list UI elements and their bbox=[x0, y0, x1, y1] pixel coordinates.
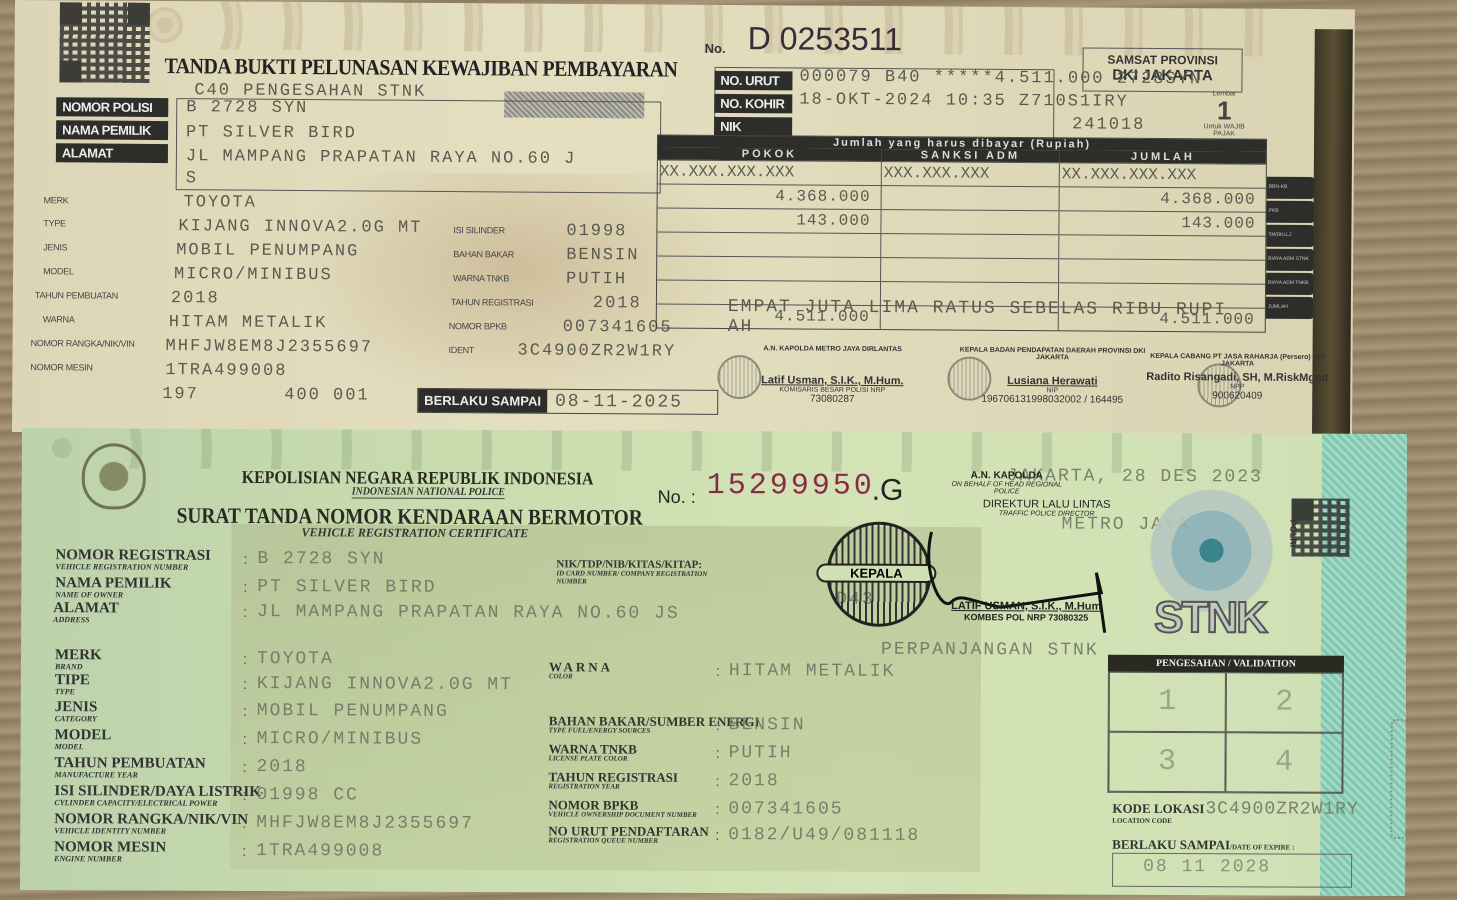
field-label-en: ENGINE NUMBER bbox=[54, 855, 166, 863]
expire-value: 08 11 2028 bbox=[1112, 853, 1352, 888]
payment-cell-pokok bbox=[657, 256, 881, 281]
label-model: MODEL bbox=[43, 266, 74, 276]
placeholder-jumlah: XX.XXX.XXX.XXX bbox=[1060, 163, 1266, 187]
value-nomor-mesin: 1TRA499008 bbox=[165, 361, 287, 381]
stnk-field-value: 01998 CC bbox=[256, 785, 359, 805]
stamp-note: PERPANJANGAN STNK bbox=[881, 640, 1099, 661]
signatory-id: 900620409 bbox=[1137, 390, 1337, 402]
payment-row: 4.368.0004.368.000 bbox=[658, 183, 1266, 211]
field-label-id: JENIS bbox=[55, 700, 98, 715]
stnk-field-label: MODELMODEL bbox=[55, 728, 112, 751]
field-label-en: VEHICLE OWNERSHIP DOCUMENT NUMBER bbox=[548, 811, 697, 819]
field-separator: : bbox=[715, 827, 719, 844]
payment-cell-jumlah: 143.000 bbox=[1059, 211, 1265, 235]
authority-block: A.N. KAPOLDA ON BEHALF OF HEAD REGIONAL … bbox=[947, 470, 1067, 496]
payment-cell-sanksi bbox=[881, 258, 1059, 282]
validation-box: PENGESAHAN / VALIDATION 1 2 3 4 bbox=[1107, 655, 1344, 794]
value-jenis: MOBIL PENUMPANG bbox=[176, 241, 359, 261]
value-tahun-pembuatan: 2018 bbox=[171, 289, 220, 308]
label-ident: IDENT bbox=[449, 345, 475, 355]
placeholder-row: XX.XXX.XXX.XXX XXX.XXX.XXX XX.XXX.XXX.XX… bbox=[658, 159, 1266, 187]
stnk-field-value: HITAM METALIK bbox=[729, 661, 896, 682]
valid-until-label: BERLAKU SAMPAI bbox=[418, 389, 547, 413]
field-separator: : bbox=[715, 801, 719, 818]
label-warna: WARNA bbox=[43, 314, 75, 324]
label-type: TYPE bbox=[43, 218, 65, 228]
field-separator: : bbox=[243, 703, 247, 720]
footer-code-b: 400 001 bbox=[284, 386, 370, 406]
stnk-field-value: 0182/U49/081118 bbox=[728, 825, 920, 846]
samsat-line1: SAMSAT PROVINSI bbox=[1084, 52, 1242, 67]
field-label-id: MERK bbox=[55, 648, 102, 663]
field-label-en: TYPE bbox=[55, 688, 90, 696]
valid-until-value: 08-11-2025 bbox=[547, 391, 717, 412]
field-separator: : bbox=[715, 773, 719, 790]
stnk-field-label: NOMOR REGISTRASIVEHICLE REGISTRATION NUM… bbox=[55, 548, 211, 572]
field-separator: : bbox=[243, 579, 247, 596]
payment-cell-pokok: 4.368.000 bbox=[658, 184, 882, 209]
payment-cell-sanksi bbox=[882, 186, 1060, 210]
value-warna: HITAM METALIK bbox=[169, 313, 328, 333]
nik-label-en: ID CARD NUMBER/ COMPANY REGISTRATION NUM… bbox=[556, 570, 726, 586]
stnk-card: KEPOLISIAN NEGARA REPUBLIK INDONESIA IND… bbox=[20, 428, 1407, 896]
validation-cell-4: 4 bbox=[1225, 732, 1342, 793]
col-sanksi: SANKSI ADM bbox=[882, 149, 1060, 162]
validation-cell-2: 2 bbox=[1226, 672, 1343, 733]
stnk-number: 15299950 bbox=[707, 469, 875, 504]
qr-code-icon bbox=[59, 2, 150, 83]
payment-cell-jumlah: 4.368.000 bbox=[1060, 187, 1266, 211]
validation-cell-3: 3 bbox=[1108, 732, 1225, 793]
payment-row bbox=[657, 255, 1265, 283]
field-label-id: MODEL bbox=[55, 728, 112, 743]
stnk-title-en: VEHICLE REGISTRATION CERTIFICATE bbox=[302, 525, 529, 541]
payment-cell-pokok: 143.000 bbox=[657, 208, 881, 233]
field-separator: : bbox=[243, 604, 247, 621]
payment-side-tab: JUMLAH bbox=[1266, 297, 1314, 319]
value-type: KIJANG INNOVA2.0G MT bbox=[178, 217, 422, 238]
validation-cell-1: 1 bbox=[1109, 672, 1226, 733]
signatory-name: Latif Usman, S.I.K., M.Hum. bbox=[732, 374, 932, 387]
stnk-field-label: TAHUN PEMBUATANMANUFACTURE YEAR bbox=[54, 756, 205, 780]
payment-row bbox=[657, 231, 1265, 259]
lembar-badge: Lembar 1 Untuk WAJIB PAJAK bbox=[1194, 90, 1254, 137]
authority-line1: A.N. KAPOLDA bbox=[947, 470, 1067, 482]
payment-cell-sanksi bbox=[881, 210, 1059, 234]
field-separator: : bbox=[242, 815, 246, 832]
field-label-en: MODEL bbox=[55, 743, 112, 751]
label-no-kohir: NO. KOHIR bbox=[714, 94, 792, 114]
payment-cell-jumlah bbox=[1059, 235, 1265, 259]
stnk-field-value: 2018 bbox=[728, 771, 779, 791]
label-warna-tnkb: WARNA TNKB bbox=[453, 273, 509, 283]
signatory-role: A.N. KAPOLDA METRO JAYA DIRLANTAS bbox=[733, 345, 933, 353]
doc-number-prefix: No. bbox=[705, 41, 726, 56]
receipt-title: TANDA BUKTI PELUNASAN KEWAJIBAN PEMBAYAR… bbox=[164, 53, 677, 83]
field-separator: : bbox=[716, 663, 720, 680]
field-separator: : bbox=[716, 717, 720, 734]
value-alamat-line2: S bbox=[186, 169, 198, 188]
payment-side-tab: BIAYA ADM STNK bbox=[1266, 249, 1314, 271]
label-nomor-polisi: NOMOR POLISI bbox=[56, 97, 168, 117]
stnk-field-label: ISI SILINDER/DAYA LISTRIKCYLINDER CAPACI… bbox=[54, 784, 261, 808]
stnk-field-label: MERKBRAND bbox=[55, 648, 102, 671]
field-label-en: MANUFACTURE YEAR bbox=[54, 771, 205, 780]
stnk-field-value: PUTIH bbox=[729, 743, 793, 763]
field-separator: : bbox=[243, 651, 247, 668]
stnk-header-en: INDONESIAN NATIONAL POLICE bbox=[352, 485, 505, 499]
value-nomor-rangka: MHFJW8EM8J2355697 bbox=[166, 337, 374, 357]
footer-code-a: 197 bbox=[162, 385, 199, 404]
signatory-name: Radito Risangadi, SH, M.RiskMgmt bbox=[1137, 371, 1337, 384]
payment-side-tab: PKB bbox=[1266, 201, 1314, 223]
field-label-en: BRAND bbox=[55, 663, 102, 671]
director-signature-block: LATIF USMAN, S.I.K., M.Hum KOMBES POL NR… bbox=[926, 600, 1126, 623]
qr-code-icon bbox=[1291, 499, 1349, 557]
stnk-field-label: NOMOR RANGKA/NIK/VINVEHICLE IDENTITY NUM… bbox=[54, 812, 248, 836]
label-bahan-bakar: BAHAN BAKAR bbox=[453, 249, 514, 259]
label-jenis: JENIS bbox=[43, 242, 67, 252]
payment-side-tab: SWDKLLJ bbox=[1266, 225, 1314, 247]
payment-side-tabs: BBN-KBPKBSWDKLLJBIAYA ADM STNKBIAYA ADM … bbox=[1266, 177, 1315, 321]
stnk-field-value: PT SILVER BIRD bbox=[257, 577, 436, 598]
stnk-field-value: 007341605 bbox=[728, 799, 843, 820]
field-separator: : bbox=[242, 843, 246, 860]
value-no-kohir: 18-OKT-2024 10:35 Z710S1IRY bbox=[799, 90, 1129, 111]
stnk-logo: STNK bbox=[1154, 593, 1266, 643]
value-ident: 3C4900ZR2W1RY bbox=[517, 342, 676, 362]
label-nomor-rangka: NOMOR RANGKA/NIK/VIN bbox=[31, 338, 135, 349]
placeholder-sanksi: XXX.XXX.XXX bbox=[882, 162, 1060, 186]
stnk-field-label: ALAMATADDRESS bbox=[53, 601, 119, 624]
location-code-label-en: LOCATION CODE bbox=[1112, 817, 1204, 825]
field-separator: : bbox=[243, 731, 247, 748]
stnk-field-label: NOMOR MESINENGINE NUMBER bbox=[54, 840, 166, 863]
signatory-id: 73080287 bbox=[732, 393, 932, 405]
stnk-field-value: B 2728 SYN bbox=[257, 549, 385, 570]
location-code-label-id: KODE LOKASI bbox=[1112, 801, 1204, 817]
stnk-field-label: NOMOR BPKBVEHICLE OWNERSHIP DOCUMENT NUM… bbox=[548, 798, 697, 819]
label-nomor-mesin: NOMOR MESIN bbox=[30, 362, 92, 372]
stnk-field-label: NO URUT PENDAFTARANREGISTRATION QUEUE NU… bbox=[548, 824, 709, 845]
field-label-en: VEHICLE REGISTRATION NUMBER bbox=[55, 563, 210, 572]
col-jumlah: JUMLAH bbox=[1060, 150, 1266, 163]
placeholder-pokok: XX.XXX.XXX.XXX bbox=[658, 160, 882, 185]
authority-line1-en: ON BEHALF OF HEAD REGIONAL POLICE bbox=[947, 481, 1067, 496]
stnk-field-value: JL MAMPANG PRAPATAN RAYA NO.60 JS bbox=[257, 602, 680, 624]
label-tahun-registrasi: TAHUN REGISTRASI bbox=[451, 297, 534, 308]
stnk-field-value: TOYOTA bbox=[257, 649, 334, 669]
stnk-field-value: 1TRA499008 bbox=[256, 841, 384, 862]
field-label-en: LICENSE PLATE COLOR bbox=[549, 755, 637, 762]
value-tahun-registrasi: 2018 bbox=[593, 294, 642, 313]
payment-cell-sanksi bbox=[881, 234, 1059, 258]
value-nomor-polisi: B 2728 SYN bbox=[186, 98, 308, 118]
stnk-field-value: BENSIN bbox=[729, 715, 806, 735]
stnk-field-value: 2018 bbox=[256, 757, 307, 777]
signatory-role: KEPALA BADAN PENDAPATAN DAERAH PROVINSI … bbox=[953, 347, 1153, 362]
field-label-id: ALAMAT bbox=[53, 601, 119, 616]
label-isi-silinder: ISI SILINDER bbox=[453, 225, 504, 235]
stnk-field-label: TAHUN REGISTRASIREGISTRATION YEAR bbox=[548, 770, 678, 791]
stnk-field-label: WARNA TNKBLICENSE PLATE COLOR bbox=[549, 742, 637, 762]
signatory-police: A.N. KAPOLDA METRO JAYA DIRLANTAS Latif … bbox=[732, 345, 932, 405]
stnk-field-label: WARNACOLOR bbox=[549, 660, 613, 680]
expire-label-id: BERLAKU SAMPAI bbox=[1112, 837, 1230, 853]
signatory-role: KEPALA CABANG PT JASA RAHARJA (Persero) … bbox=[1137, 353, 1337, 368]
stnk-number-suffix: .G bbox=[872, 474, 904, 508]
signatory-jasa-raharja: KEPALA CABANG PT JASA RAHARJA (Persero) … bbox=[1137, 353, 1337, 402]
perforation-mark bbox=[1390, 719, 1407, 839]
field-label-en: CATEGORY bbox=[55, 715, 98, 723]
col-pokok: POKOK bbox=[658, 147, 882, 161]
payment-row: 143.000143.000 bbox=[657, 207, 1265, 235]
value-warna-tnkb: PUTIH bbox=[566, 270, 627, 289]
field-label-id: TIPE bbox=[55, 673, 90, 688]
field-label-en: NAME OF OWNER bbox=[55, 591, 171, 600]
validation-title: PENGESAHAN / VALIDATION bbox=[1108, 655, 1344, 673]
director-rank: KOMBES POL NRP 73080325 bbox=[926, 612, 1126, 623]
field-label-en: ADDRESS bbox=[53, 616, 119, 624]
value-bahan-bakar: BENSIN bbox=[566, 246, 639, 266]
label-tahun-pembuatan: TAHUN PEMBUATAN bbox=[35, 290, 118, 301]
stnk-field-label: TIPETYPE bbox=[55, 673, 90, 696]
field-separator: : bbox=[243, 551, 247, 568]
director-name: LATIF USMAN, S.I.K., M.Hum bbox=[926, 600, 1126, 613]
label-nomor-bpkb: NOMOR BPKB bbox=[449, 321, 507, 331]
location-code-value: 3C4900ZR2W1RY bbox=[1205, 799, 1359, 820]
stnk-field-value: MOBIL PENUMPANG bbox=[257, 701, 449, 722]
field-separator: : bbox=[242, 787, 246, 804]
director-title: DIREKTUR LALU LINTAS bbox=[972, 498, 1122, 511]
field-separator: : bbox=[242, 759, 246, 776]
stnk-field-label: JENISCATEGORY bbox=[55, 700, 98, 723]
stnk-field-value: MICRO/MINIBUS bbox=[257, 729, 424, 750]
lembar-number: 1 bbox=[1194, 97, 1254, 123]
label-nama-pemilik: NAMA PEMILIK bbox=[56, 120, 168, 140]
amount-in-words: EMPAT JUTA LIMA RATUS SEBELAS RIBU RUPI … bbox=[728, 297, 1228, 340]
signatory-id: 196706131998032002 / 164495 bbox=[952, 394, 1152, 406]
valid-until-box: BERLAKU SAMPAI 08-11-2025 bbox=[417, 388, 718, 415]
nik-label: NIK/TDP/NIB/KITAS/KITAP: ID CARD NUMBER/… bbox=[556, 558, 726, 586]
field-separator: : bbox=[243, 676, 247, 693]
value-no-urut: 000079 B40 *****4.511.000 2728SYN bbox=[799, 67, 1202, 89]
label-nik: NIK bbox=[714, 117, 792, 137]
lembar-caption: Untuk WAJIB PAJAK bbox=[1194, 123, 1254, 137]
value-isi-silinder: 01998 bbox=[566, 222, 627, 241]
value-nama-pemilik: PT SILVER BIRD bbox=[186, 123, 357, 143]
value-nik: 241018 bbox=[1072, 115, 1145, 135]
expire-label: BERLAKU SAMPAI/DATE OF EXPIRE : bbox=[1112, 836, 1294, 855]
stnk-number-label: No. : bbox=[658, 487, 696, 508]
value-alamat: JL MAMPANG PRAPATAN RAYA NO.60 J bbox=[186, 147, 577, 169]
payment-side-tab: BIAYA ADM TNKB bbox=[1266, 273, 1314, 295]
stnk-field-value: KIJANG INNOVA2.0G MT bbox=[257, 674, 513, 695]
value-merk: TOYOTA bbox=[184, 193, 257, 213]
payment-cell-jumlah bbox=[1059, 259, 1265, 283]
payment-side-tab: BBN-KB bbox=[1267, 177, 1315, 199]
field-separator: : bbox=[716, 745, 720, 762]
payment-cell-pokok bbox=[657, 232, 881, 257]
police-emblem-icon bbox=[82, 443, 146, 509]
field-label-en: CYLINDER CAPACITY/ELECTRICAL POWER bbox=[54, 799, 261, 808]
tax-receipt-card: TANDA BUKTI PELUNASAN KEWAJIBAN PEMBAYAR… bbox=[12, 0, 1355, 441]
stnk-field-label: NAMA PEMILIKNAME OF OWNER bbox=[55, 576, 171, 600]
value-model: MICRO/MINIBUS bbox=[174, 265, 333, 285]
stnk-field-value: MHFJW8EM8J2355697 bbox=[256, 813, 474, 834]
expire-label-en: /DATE OF EXPIRE : bbox=[1230, 843, 1294, 851]
doc-number: D 0253511 bbox=[748, 20, 902, 58]
field-label-en: VEHICLE IDENTITY NUMBER bbox=[54, 827, 248, 836]
label-alamat: ALAMAT bbox=[56, 143, 168, 163]
stamp-label: KEPALA bbox=[816, 563, 936, 583]
label-merk: MERK bbox=[44, 195, 69, 205]
signatory-bapenda: KEPALA BADAN PENDAPATAN DAERAH PROVINSI … bbox=[952, 347, 1152, 406]
location-code-label: KODE LOKASI LOCATION CODE bbox=[1112, 801, 1204, 825]
label-no-urut: NO. URUT bbox=[714, 71, 792, 91]
